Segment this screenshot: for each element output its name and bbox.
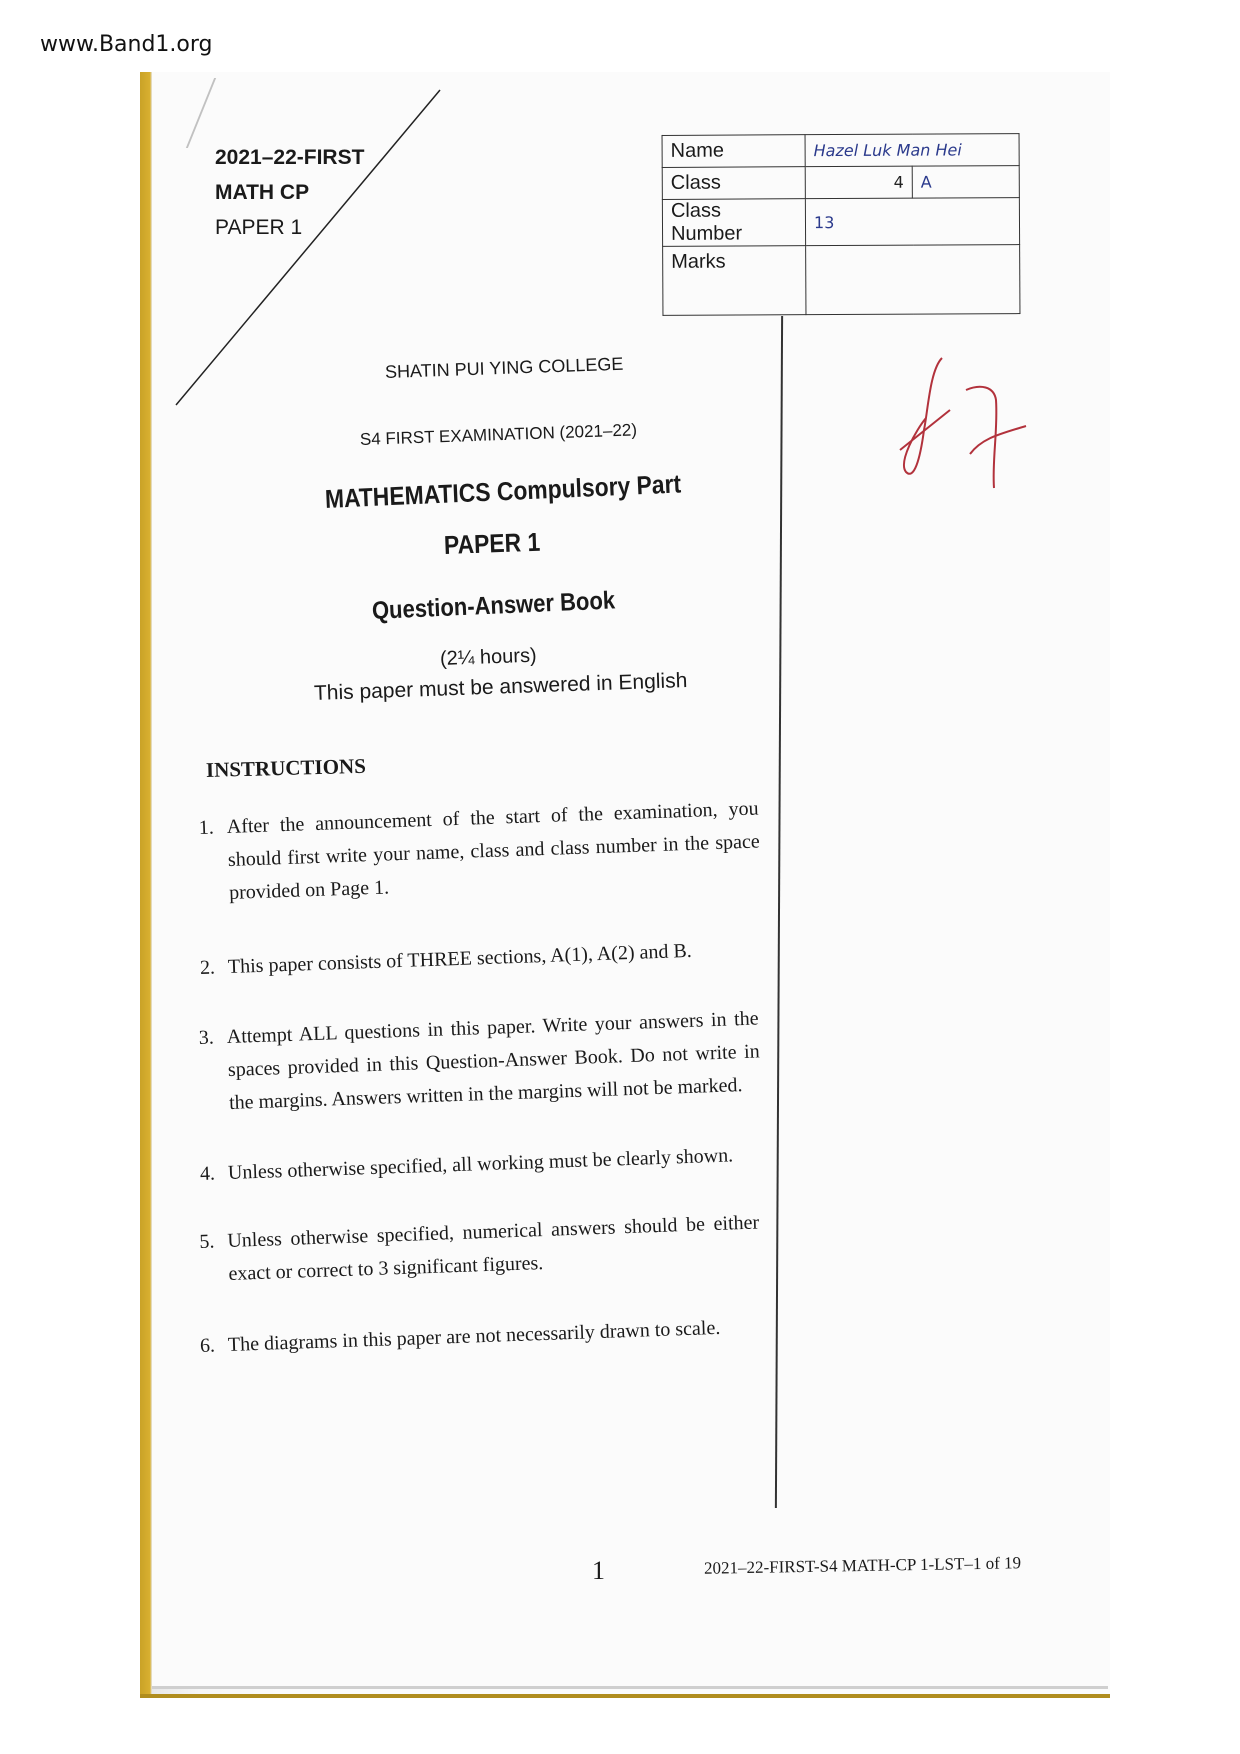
paper-code-line-1: 2021–22-FIRST [215, 140, 364, 175]
marks-field[interactable] [806, 245, 1020, 315]
instruction-number: 2. [199, 951, 228, 985]
instructions-heading: INSTRUCTIONS [206, 754, 366, 783]
class-number-label: Class Number [662, 199, 805, 247]
name-row: Name Hazel Luk Man Hei [662, 134, 1019, 168]
instruction-number: 4. [199, 1157, 228, 1191]
paper-code-line-3: PAPER 1 [215, 210, 364, 245]
instruction-text: Attempt ALL questions in this paper. Wri… [226, 1002, 761, 1120]
instruction-item: 1. After the announcement of the start o… [198, 792, 761, 910]
instruction-number: 6. [199, 1329, 228, 1363]
class-number-row: Class Number 13 [662, 198, 1019, 247]
paper-code-block: 2021–22-FIRST MATH CP PAPER 1 [215, 140, 364, 245]
class-number-field[interactable]: 13 [805, 198, 1019, 246]
paper-code-line-2: MATH CP [215, 175, 364, 210]
class-label: Class [662, 167, 805, 200]
marks-row: Marks [663, 245, 1020, 316]
class-letter-field[interactable]: A [912, 166, 1019, 199]
marks-label: Marks [663, 246, 806, 316]
instruction-number: 3. [198, 1021, 229, 1121]
name-label: Name [662, 135, 805, 168]
class-grade-field[interactable]: 4 [805, 166, 912, 199]
instruction-number: 1. [198, 811, 229, 911]
instruction-number: 5. [199, 1225, 229, 1292]
handwritten-score-mark: 87 [870, 350, 1030, 490]
candidate-info-table: Name Hazel Luk Man Hei Class 4 A Class N… [662, 133, 1021, 316]
instruction-item: 3. Attempt ALL questions in this paper. … [198, 1002, 761, 1120]
page-number: 1 [592, 1556, 605, 1586]
exam-duration: (2¼ hours) [440, 645, 537, 671]
paper-number: PAPER 1 [443, 527, 540, 561]
name-field[interactable]: Hazel Luk Man Hei [805, 134, 1019, 167]
instruction-text: After the announcement of the start of t… [226, 792, 761, 910]
class-row: Class 4 A [662, 166, 1019, 200]
